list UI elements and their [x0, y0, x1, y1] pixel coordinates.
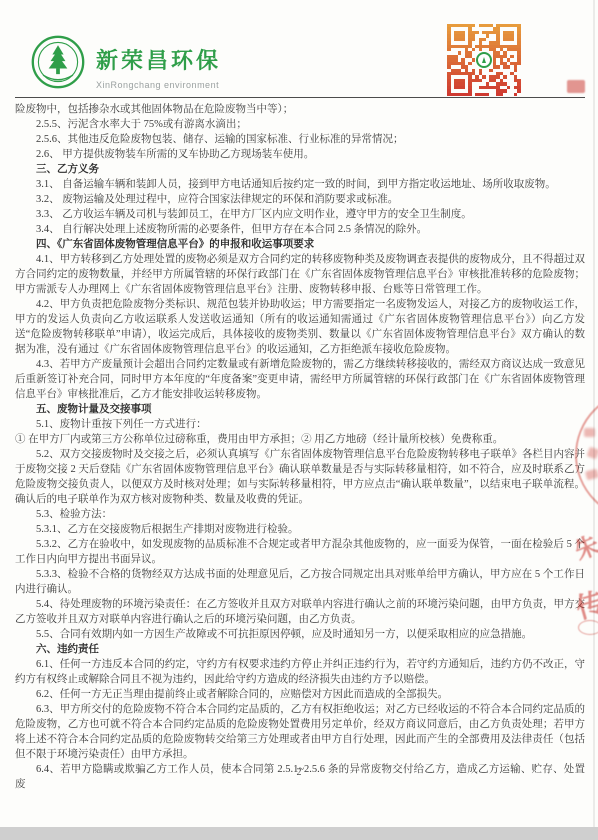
paragraph: 3.1、 自备运输车辆和装卸人员，接到甲方电话通知后按约定一致的时间，到甲方指定…: [15, 177, 585, 192]
qr-module: [517, 89, 521, 92]
paragraph: 3.2、 废物运输及处理过程中，应符合国家法律规定的环保和消防要求或标准。: [15, 192, 585, 207]
section-heading: 三、乙方义务: [15, 162, 585, 177]
brand-block: 新荣昌环保 XinRongchang environment: [96, 44, 221, 90]
paragraph: 2.6、 甲方提供废物装车所需的叉车协助乙方现场装车使用。: [15, 147, 585, 162]
scanner-background-strip: [0, 827, 598, 840]
qr-module: [472, 58, 476, 61]
qr-module: [514, 93, 518, 96]
scanned-contract-page: 新荣昌环保 XinRongchang environment 险废物中，包括掺杂…: [0, 0, 598, 840]
contract-body: 险废物中，包括掺杂水或其他固体物品在危险废物当中等）；2.5.5、污泥含水率大于…: [15, 102, 585, 792]
qr-module: [503, 89, 507, 92]
paragraph: 5.3.1、乙方在交接废物后根据生产排期对废物进行检验。: [15, 522, 585, 537]
paragraph: 5.1、废物计重按下列任一方式进行：: [15, 417, 585, 432]
qr-center-logo-icon: [476, 52, 492, 68]
qr-code: [447, 24, 521, 96]
qr-module: [447, 48, 451, 51]
paragraph: 2.5.6、其他违反危险废物包装、储存、运输的国家标准、行业标准的异常情况；: [15, 132, 585, 147]
paragraph: 3.4、 自行解决处理上述废物所需的必要条件，但甲方存在本合同 2.5 条情况的…: [15, 222, 585, 237]
paragraph: 5.3、检验方法：: [15, 507, 585, 522]
brand-name-en: XinRongchang environment: [96, 80, 221, 90]
qr-module: [482, 75, 486, 78]
section-heading: 六、违约责任: [15, 642, 585, 657]
paragraph: 4.3、若甲方产废量预计会超出合同约定数量或有新增危险废物的，需乙方继续转移接收…: [15, 357, 585, 402]
page-number: 2: [0, 767, 598, 778]
page-header: 新荣昌环保 XinRongchang environment: [0, 0, 598, 98]
qr-module: [507, 65, 511, 68]
qr-module: [479, 48, 483, 51]
qr-module: [468, 93, 472, 96]
qr-module: [458, 51, 462, 54]
qr-module: [507, 86, 511, 89]
qr-module: [500, 93, 504, 96]
section-heading: 四、《广东省固体废物管理信息平台》的申报和收运事项要求: [15, 237, 585, 252]
paragraph: 险废物中，包括掺杂水或其他固体物品在危险废物当中等）；: [15, 102, 585, 117]
qr-module: [486, 93, 490, 96]
paragraph: 2.5.5、污泥含水率大于 75%或有游离水滴出；: [15, 117, 585, 132]
pine-tree-seal-icon: [30, 34, 86, 90]
section-heading: 五、废物计量及交接事项: [15, 402, 585, 417]
paragraph: 5.4、待处理废物的环境污染责任：在乙方签收并且双方对联单内容进行确认之前的环境…: [15, 597, 585, 627]
paragraph: 6.1、任何一方违反本合同的约定，守约方有权要求违约方停止并纠正违约行为，若守约…: [15, 657, 585, 687]
paragraph: 5.2、双方交接废物时及交接之后，必须认真填写《广东省固体废物管理信息平台危险废…: [15, 447, 585, 507]
paragraph: 6.3、甲方所交付的危险废物不符合本合同约定品质的，乙方有权拒绝收运；对乙方已经…: [15, 702, 585, 762]
red-seal-mark-top-icon: [567, 80, 585, 93]
qr-module: [461, 86, 465, 89]
red-mini-seal-icon: [578, 620, 598, 635]
paragraph: 4.1、甲方转移到乙方处理处置的废物必须是双方合同约定的转移废物种类及废物调查表…: [15, 252, 585, 297]
qr-module: [479, 79, 483, 82]
qr-module: [472, 24, 476, 27]
paragraph: 5.5、合同有效期内如一方因生产故障或不可抗拒原因停顿，应及时通知另一方，以便采…: [15, 627, 585, 642]
qr-module: [489, 69, 493, 72]
qr-module: [486, 34, 490, 37]
paragraph: 3.3、 乙方收运车辆及司机与装卸员工，在甲方厂区内应文明作业，遵守甲方的安全卫…: [15, 207, 585, 222]
qr-module: [517, 62, 521, 65]
qr-module: [461, 38, 465, 41]
qr-module: [475, 31, 479, 34]
page-edge-shadow: [593, 0, 595, 827]
qr-module: [472, 48, 476, 51]
paragraph: 5.3.3、检验不合格的货物经双方达成书面的处理意见后，乙方按合同规定出具对账单…: [15, 567, 585, 597]
paragraph: 4.2、甲方负责把危险废物分类标识、规范包装并协助收运；甲方需要指定一名废物发运…: [15, 297, 585, 357]
paragraph: 6.2、任何一方无正当理由提前终止或者解除合同的，应赔偿对方因此而造成的全部损失…: [15, 687, 585, 702]
header-divider: [15, 97, 585, 98]
qr-module: [496, 65, 500, 68]
qr-module: [503, 75, 507, 78]
qr-module: [468, 62, 472, 65]
qr-module: [510, 38, 514, 41]
qr-module: [482, 38, 486, 41]
qr-module: [510, 55, 514, 58]
paragraph: ① 在甲方厂内或第三方公称单位过磅称重，费用由甲方承担；② 用乙方地磅（经计量所…: [15, 432, 585, 447]
paragraph: 5.3.2、乙方在验收中，如发现废物的品质标准不合规定或者甲方混杂其他废物的，应…: [15, 537, 585, 567]
qr-module: [514, 69, 518, 72]
qr-module: [472, 38, 476, 41]
brand-name-cn: 新荣昌环保: [96, 44, 221, 75]
